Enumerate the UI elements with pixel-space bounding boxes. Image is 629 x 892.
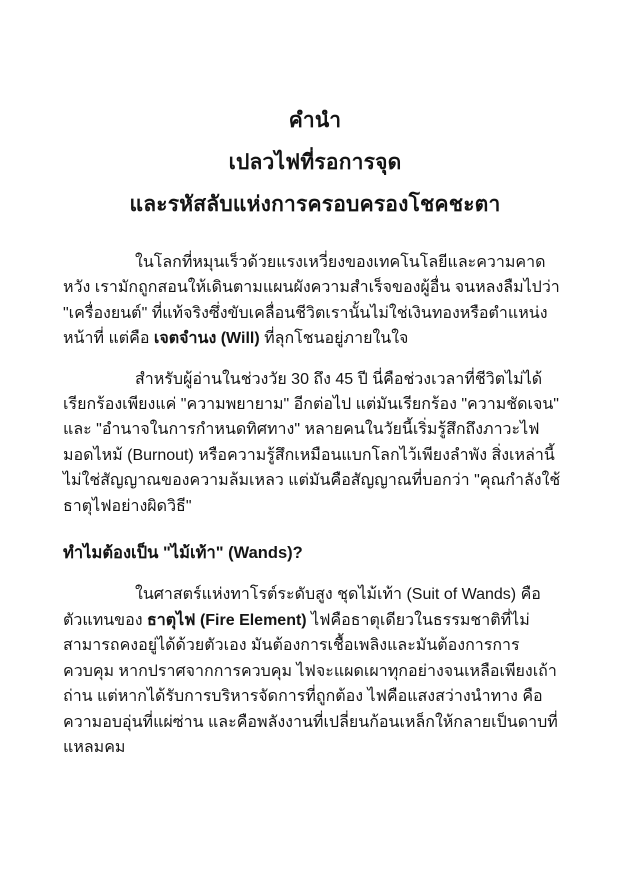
preface-title: คำนำ <box>63 100 567 142</box>
title-block: คำนำ เปลวไฟที่รอการจุด และรหัสลับแห่งการ… <box>63 100 567 226</box>
book-subtitle-line-1: เปลวไฟที่รอการจุด <box>63 142 567 184</box>
paragraph-wands-fire: ในศาสตร์แห่งทาโรต์ระดับสูง ชุดไม้เท้า (S… <box>63 582 567 760</box>
paragraph-midlife: สำหรับผู้อ่านในช่วงวัย 30 ถึง 45 ปี นี่ค… <box>63 367 567 519</box>
text-run-bold-will: เจตจำนง (Will) <box>154 330 260 347</box>
text-run: ไฟคือธาตุเดียวในธรรมชาติที่ไม่สามารถคงอย… <box>63 612 558 756</box>
section-heading-why-wands: ทำไมต้องเป็น "ไม้เท้า" (Wands)? <box>63 541 567 566</box>
document-body: ในโลกที่หมุนเร็วด้วยแรงเหวี่ยงของเทคโนโล… <box>63 250 567 760</box>
text-run: ที่ลุกโชนอยู่ภายในใจ <box>260 330 409 347</box>
document-page: คำนำ เปลวไฟที่รอการจุด และรหัสลับแห่งการ… <box>0 0 629 892</box>
text-run: สำหรับผู้อ่านในช่วงวัย 30 ถึง 45 ปี นี่ค… <box>63 371 560 515</box>
paragraph-intro: ในโลกที่หมุนเร็วด้วยแรงเหวี่ยงของเทคโนโล… <box>63 250 567 352</box>
book-subtitle-line-2: และรหัสลับแห่งการครอบครองโชคชะตา <box>63 184 567 226</box>
text-run-bold-fire-element: ธาตุไฟ (Fire Element) <box>147 612 307 629</box>
